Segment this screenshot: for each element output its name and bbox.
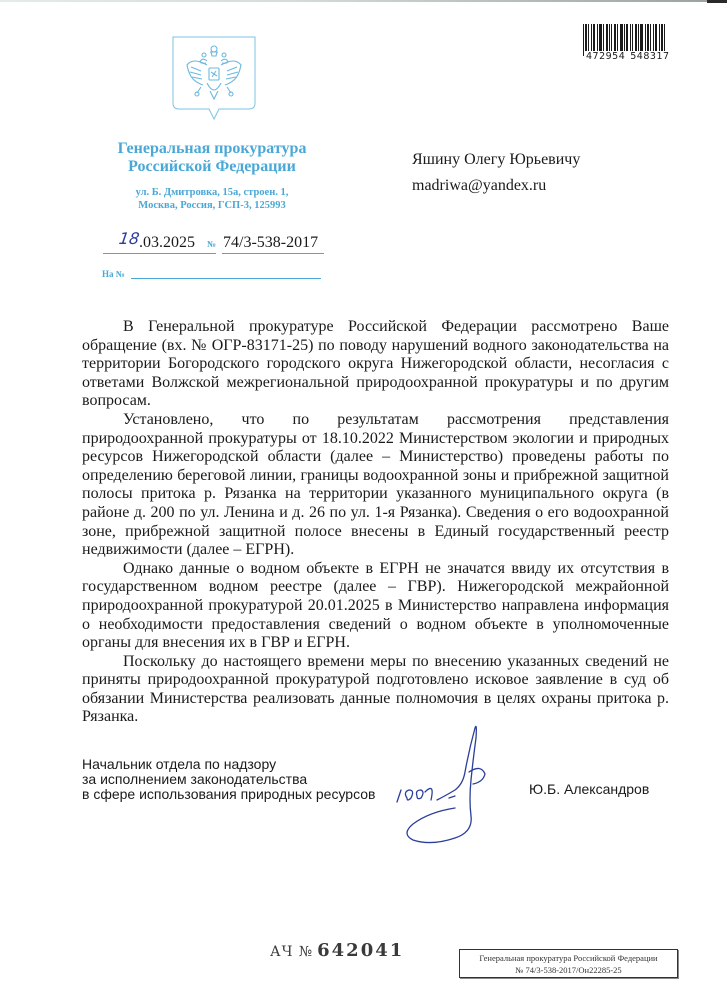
registration-stamp-line1: Генеральная прокуратура Российской Федер…	[460, 952, 677, 964]
registration-stamp-line2: № 74/3-538-2017/Он22285-25	[460, 964, 677, 976]
addressee-block: Яшину Олегу Юрьевичу madriwa@yandex.ru	[412, 147, 580, 199]
form-series: АЧ №	[270, 944, 313, 960]
form-serial: 642041	[317, 940, 404, 961]
signatory-title-line1: Начальник отдела по надзору	[82, 757, 375, 772]
org-name-line1: Генеральная прокуратура	[95, 140, 329, 158]
org-address-line2: Москва, Россия, ГСП-3, 125993	[95, 199, 329, 212]
signatory-name: Ю.Б. Александров	[529, 781, 649, 797]
org-address-line1: ул. Б. Дмитровка, 15а, строен. 1,	[95, 186, 329, 199]
date-day-handwritten: 18	[118, 229, 141, 248]
reply-to-label: На №	[102, 269, 125, 279]
body-paragraph: Однако данные о водном объекте в ЕГРН не…	[82, 560, 669, 653]
body-paragraph: Поскольку до настоящего времени меры по …	[82, 653, 669, 727]
signatory-title: Начальник отдела по надзору за исполнени…	[82, 757, 375, 802]
registration-stamp: Генеральная прокуратура Российской Федер…	[459, 949, 678, 978]
barcode-number-left: 472954	[586, 51, 625, 62]
body-paragraph: В Генеральной прокуратуре Российской Фед…	[82, 318, 669, 411]
date-month-year: .03.2025	[139, 234, 195, 252]
letterhead: Генеральная прокуратура Российской Федер…	[95, 140, 329, 212]
scan-corner-mark	[707, 0, 727, 3]
reply-to-underline	[131, 266, 321, 279]
document-barcode: 472954548317	[583, 24, 681, 64]
signatory-title-line2: за исполнением законодательства	[82, 772, 375, 787]
org-name-line2: Российской Федерации	[95, 158, 329, 176]
letter-body: В Генеральной прокуратуре Российской Фед…	[82, 318, 669, 727]
scan-top-edge	[0, 0, 727, 2]
outgoing-number: 74/3-538-2017	[223, 234, 318, 252]
addressee-name: Яшину Олегу Юрьевичу	[412, 147, 580, 173]
addressee-email: madriwa@yandex.ru	[412, 173, 580, 199]
handwritten-signature-icon	[385, 720, 535, 850]
number-label: №	[207, 239, 216, 249]
form-serial-number: АЧ №642041	[270, 940, 404, 961]
barcode-number: 472954548317	[585, 51, 671, 62]
russian-coat-of-arms-icon	[171, 35, 257, 121]
barcode-number-right: 548317	[630, 51, 669, 62]
signatory-title-line3: в сфере использования природных ресурсов	[82, 787, 375, 802]
body-paragraph: Установлено, что по результатам рассмотр…	[82, 411, 669, 560]
